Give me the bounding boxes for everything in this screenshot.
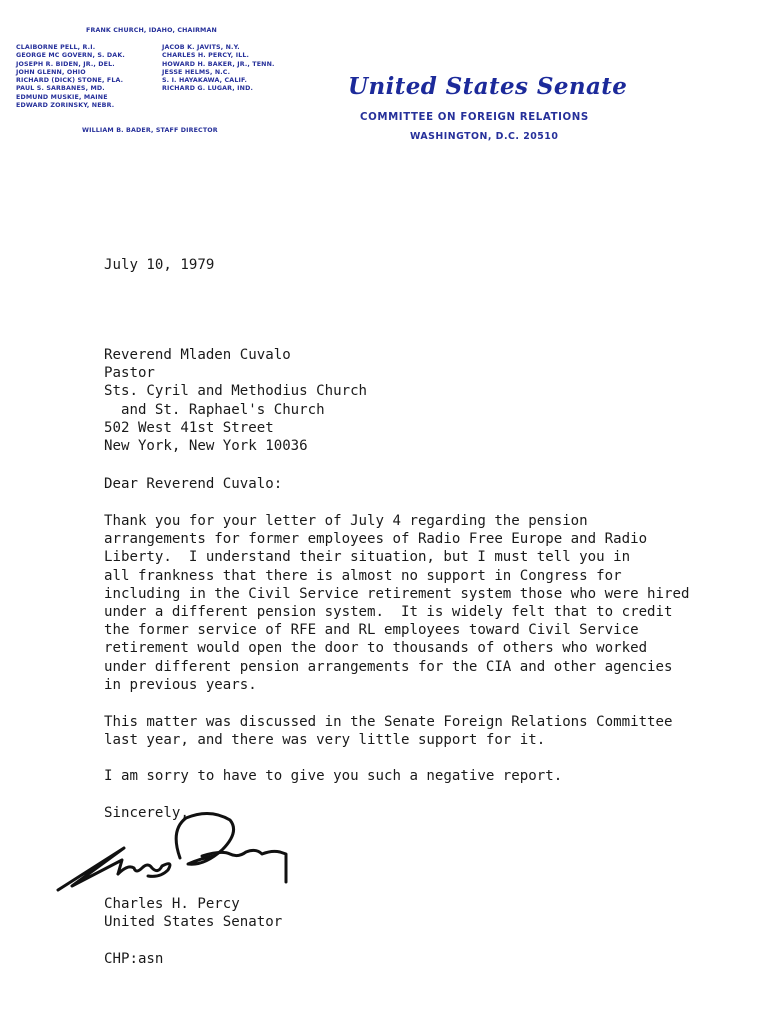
paragraph-line: including in the Civil Service retiremen… [104, 585, 689, 603]
address-line: 502 West 41st Street [104, 419, 367, 437]
body-paragraph: Thank you for your letter of July 4 rega… [104, 512, 689, 694]
member-name: GEORGE MC GOVERN, S. DAK. [16, 52, 125, 60]
member-name: JOSEPH R. BIDEN, JR., DEL. [16, 61, 125, 69]
members-left-column: CLAIBORNE PELL, R.I. GEORGE MC GOVERN, S… [16, 44, 125, 110]
member-name: RICHARD (DICK) STONE, FLA. [16, 77, 125, 85]
paragraph-line: under different pension arrangements for… [104, 658, 689, 676]
signer-title: United States Senator [104, 913, 282, 931]
address-line: New York, New York 10036 [104, 437, 367, 455]
paragraph-line: last year, and there was very little sup… [104, 731, 673, 749]
paragraph-line: This matter was discussed in the Senate … [104, 713, 673, 731]
letter-date: July 10, 1979 [104, 256, 214, 274]
member-name: PAUL S. SARBANES, MD. [16, 85, 125, 93]
paragraph-line: all frankness that there is almost no su… [104, 567, 689, 585]
address-line: Pastor [104, 364, 367, 382]
member-name: S. I. HAYAKAWA, CALIF. [162, 77, 275, 85]
member-name: EDWARD ZORINSKY, NEBR. [16, 102, 125, 110]
member-name: CHARLES H. PERCY, ILL. [162, 52, 275, 60]
salutation: Dear Reverend Cuvalo: [104, 475, 282, 493]
staff-director-line: WILLIAM B. BADER, STAFF DIRECTOR [82, 127, 218, 135]
chairman-line: FRANK CHURCH, IDAHO, CHAIRMAN [86, 27, 217, 35]
address-line: Sts. Cyril and Methodius Church [104, 382, 367, 400]
signer-name: Charles H. Percy [104, 895, 240, 913]
member-name: JACOB K. JAVITS, N.Y. [162, 44, 275, 52]
paragraph-line: I am sorry to have to give you such a ne… [104, 767, 562, 785]
senate-title: United States Senate [348, 73, 627, 100]
member-name: HOWARD H. BAKER, JR., TENN. [162, 61, 275, 69]
paragraph-line: retirement would open the door to thousa… [104, 639, 689, 657]
paragraph-line: arrangements for former employees of Rad… [104, 530, 689, 548]
body-paragraph: I am sorry to have to give you such a ne… [104, 767, 562, 785]
address-line: Reverend Mladen Cuvalo [104, 346, 367, 364]
handwritten-signature [52, 810, 302, 902]
address-line: and St. Raphael's Church [104, 401, 367, 419]
paragraph-line: the former service of RFE and RL employe… [104, 621, 689, 639]
paragraph-line: Thank you for your letter of July 4 rega… [104, 512, 689, 530]
paragraph-line: under a different pension system. It is … [104, 603, 689, 621]
member-name: JESSE HELMS, N.C. [162, 69, 275, 77]
member-name: CLAIBORNE PELL, R.I. [16, 44, 125, 52]
paragraph-line: in previous years. [104, 676, 689, 694]
paragraph-line: Liberty. I understand their situation, b… [104, 548, 689, 566]
recipient-address: Reverend Mladen CuvaloPastorSts. Cyril a… [104, 346, 367, 455]
member-name: EDMUND MUSKIE, MAINE [16, 94, 125, 102]
committee-address: WASHINGTON, D.C. 20510 [410, 131, 558, 142]
reference-initials: CHP:asn [104, 950, 163, 968]
committee-name: COMMITTEE ON FOREIGN RELATIONS [360, 112, 589, 123]
member-name: RICHARD G. LUGAR, IND. [162, 85, 275, 93]
member-name: JOHN GLENN, OHIO [16, 69, 125, 77]
members-right-column: JACOB K. JAVITS, N.Y. CHARLES H. PERCY, … [162, 44, 275, 94]
body-paragraph: This matter was discussed in the Senate … [104, 713, 673, 749]
